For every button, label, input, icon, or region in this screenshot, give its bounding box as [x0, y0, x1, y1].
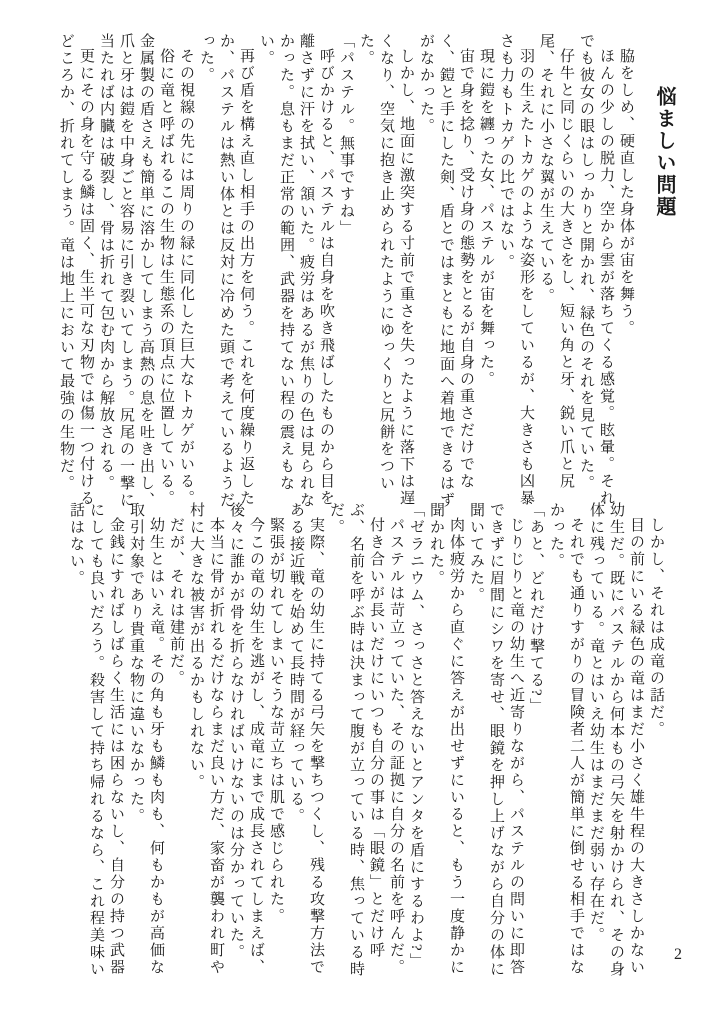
paragraph: 目の前にいる緑色の竜はまだ小さく雄牛程の大きさしかない幼生だ。既にパステルから何… [586, 502, 646, 980]
paragraph: 再び盾を構え直し相手の出方を伺う。これを何度繰り返したか、パステルは熱い体とは反… [196, 33, 256, 511]
paragraph: 現に鎧を纏った女、パステルが宙を舞った。 [476, 33, 496, 511]
paragraph: 「あと、どれだけ撃てる?」 [526, 502, 546, 980]
paragraph: しかし、地面に激突する寸前で重さを失ったように落下は遅くなり、空気に抱き止められ… [356, 33, 416, 511]
chapter-title: 悩ましい問題 [650, 86, 679, 218]
paragraph: パステルは苛立っていた、その証拠に自分の名前を呼んだ。 [386, 502, 406, 980]
story-text-block-1: 脇をしめ、硬直した身体が宙を舞う。ほんの少しの脱力、空から雲が落ちてくる感覚。眩… [56, 33, 636, 511]
paragraph: 俗に竜と呼ばれるこの生物は生態系の頂点に位置している。金属製の盾さえも簡単に溶か… [96, 33, 176, 511]
paragraph: 幼生とはいえ竜。その角も牙も鱗も肉も、何もかもが高価な取引対象であり貴重な物に違… [126, 502, 166, 980]
paragraph: じりじりと竜の幼生へ近寄りながら、パステルの問いに即答できずに眉間にシワを寄せ、… [466, 502, 526, 980]
paragraph: ほんの少しの脱力、空から雲が落ちてくる感覚。眩暈。それでも彼女の眼はしっかりと開… [576, 33, 616, 511]
story-text-block-2: しかし、それは成竜の話だ。目の前にいる緑色の竜はまだ小さく雄牛程の大きさしかない… [66, 502, 666, 980]
paragraph: 肉体疲労から直ぐに答えが出せずにいると、もう一度静かに聞かれた。 [426, 502, 466, 980]
paragraph: 「ゼラニウム、さっさと答えないとアンタを盾にするわよ?」 [406, 502, 426, 980]
document-page: 悩ましい問題 脇をしめ、硬直した身体が宙を舞う。ほんの少しの脱力、空から雲が落ち… [0, 0, 723, 1024]
paragraph: 脇をしめ、硬直した身体が宙を舞う。 [616, 33, 636, 511]
paragraph: 「パステル。無事ですね」 [336, 33, 356, 511]
paragraph: 本当に骨が折れるだけならまだ良い方だ、家畜が襲われ町や村に大きな被害が出るかもし… [186, 502, 226, 980]
paragraph: 今この竜の幼生を逃がし、成竜にまで成長されてしまえば、後々に誰かが骨を折らなけれ… [226, 502, 266, 980]
paragraph: 付き合いが長いだけにいつも自分の事は「眼鏡」とだけ呼ぶ、名前を呼ぶ時は決まって腹… [326, 502, 386, 980]
paragraph: 仔牛と同じくらいの大きさをし、短い角と牙、鋭い爪と尻尾、それに小さな翼が生えてい… [536, 33, 576, 511]
paragraph: 宙で身を捻り、受け身の態勢をとるが自身の重さだけでなく、鎧と手にした剣、盾とでは… [416, 33, 476, 511]
page-number: 2 [674, 946, 682, 964]
paragraph: しかし、それは成竜の話だ。 [646, 502, 666, 980]
paragraph: 金銭にすればしばらく生活には困らないし、自分の持つ武器にしても良いだろう。殺害し… [66, 502, 126, 980]
paragraph: その視線の先には周りの緑に同化した巨大なトカゲがいる。 [176, 33, 196, 511]
paragraph: それでも通りすがりの冒険者二人が簡単に倒せる相手ではなかった。 [546, 502, 586, 980]
paragraph: 羽の生えたトカゲのような姿形をしているが、大きさも凶暴さも力もトカゲの比ではない… [496, 33, 536, 511]
paragraph: 実際、竜の幼生に持てる弓矢を撃ちつくし、残る攻撃方法である接近戦を始めて長時間が… [286, 502, 326, 980]
paragraph: 呼びかけると、パステルは自身を吹き飛ばしたものから目を離さずに汗を拭い、頷いた。… [256, 33, 336, 511]
paragraph: 緊張が切れてしまいそうな苛立ちは肌で感じられた。 [266, 502, 286, 980]
paragraph: だが、それは建前だ。 [166, 502, 186, 980]
paragraph: 更にその身を守る鱗は固く、生半可な刃物では傷一つ付けるどころか、折れてしまう。竜… [56, 33, 96, 511]
